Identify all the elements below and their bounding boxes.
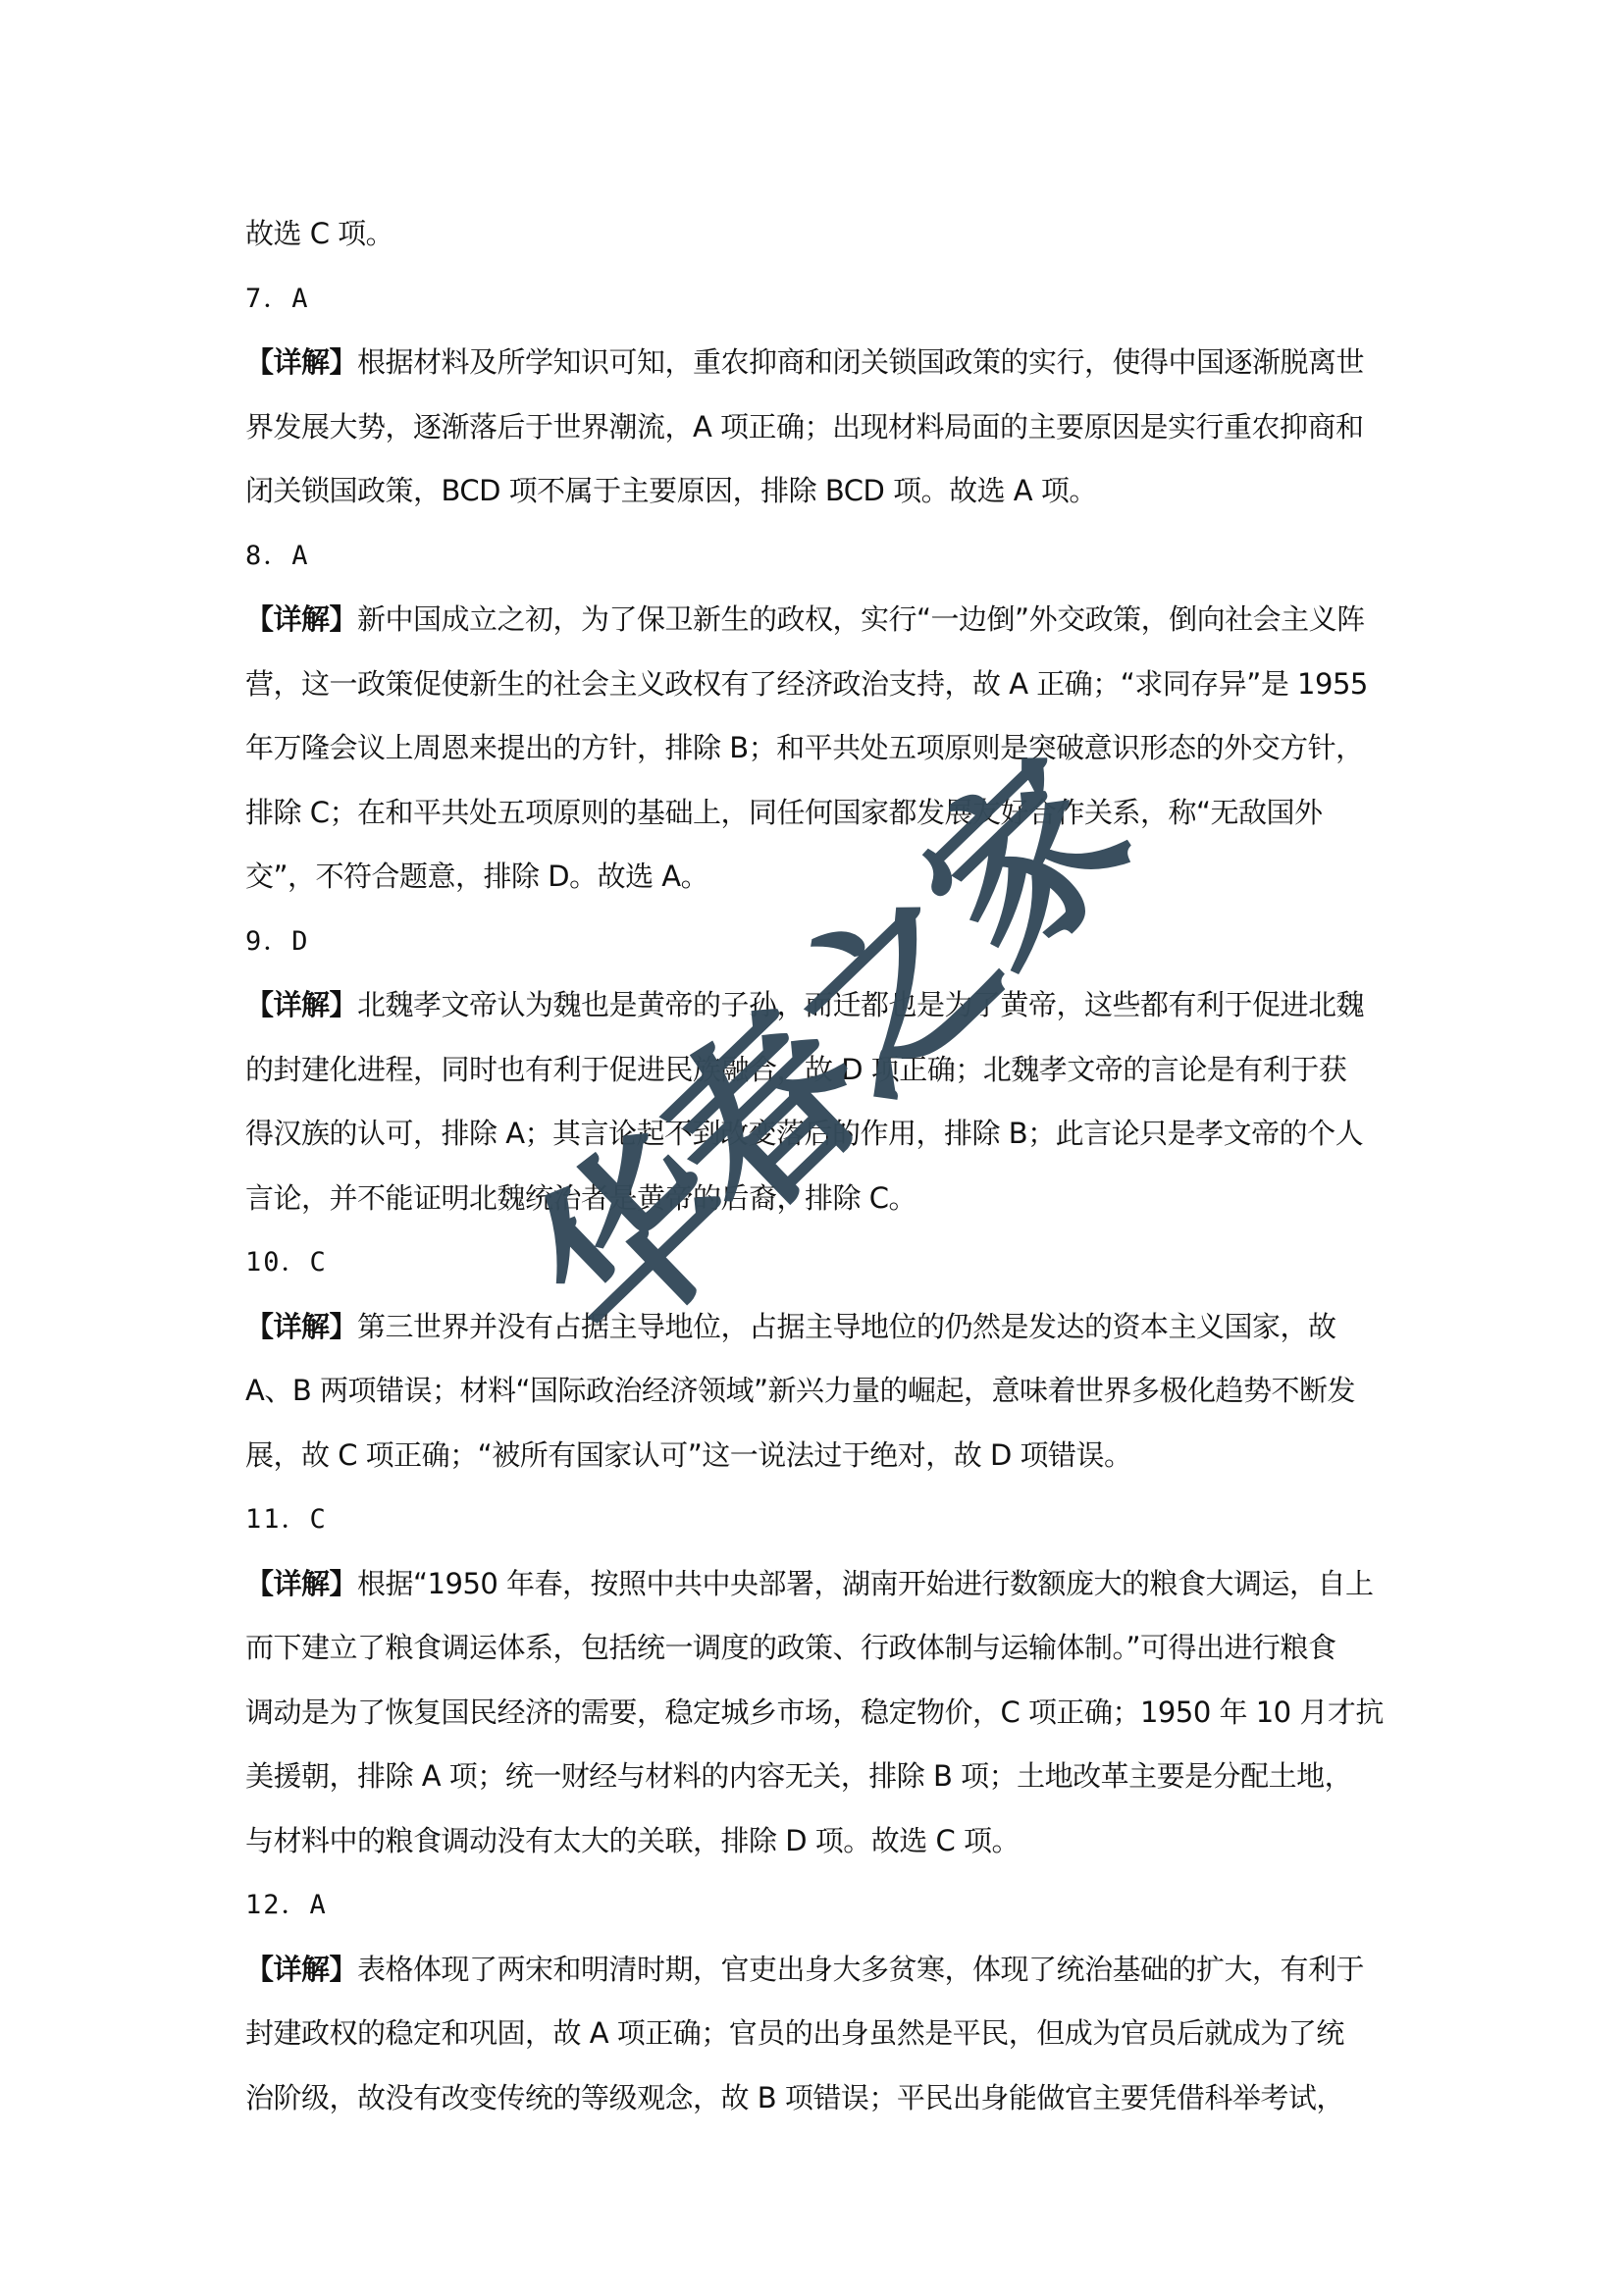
- text-line: 展，故 C 项正确；“被所有国家认可”这一说法过于绝对，故 D 项错误。: [245, 1424, 1413, 1488]
- explanation-7: 【详解】根据材料及所学知识可知，重农抑商和闭关锁国政策的实行，使得中国逐渐脱离世…: [245, 331, 1413, 524]
- text-line: 排除 C；在和平共处五项原则的基础上，同任何国家都发展友好合作关系，称“无敌国外: [245, 781, 1413, 846]
- detail-tag: 【详解】: [245, 1953, 357, 1986]
- text-line: 封建政权的稳定和巩固，故 A 项正确；官员的出身虽然是平民，但成为官员后就成为了…: [245, 2002, 1413, 2066]
- detail-tag: 【详解】: [245, 1567, 357, 1600]
- text-line: 界发展大势，逐渐落后于世界潮流，A 项正确；出现材料局面的主要原因是实行重农抑商…: [245, 395, 1413, 460]
- text-line: 故选 C 项。: [245, 202, 1413, 267]
- text-line: 治阶级，故没有改变传统的等级观念，故 B 项错误；平民出身能做官主要凭借科举考试…: [245, 2066, 1413, 2131]
- detail-tag: 【详解】: [245, 602, 357, 636]
- answer-number-10: 10．C: [245, 1230, 1413, 1295]
- text-line: 第三世界并没有占据主导地位，占据主导地位的仍然是发达的资本主义国家，故: [357, 1310, 1336, 1343]
- text-line: 美援朝，排除 A 项；统一财经与材料的内容无关，排除 B 项；土地改革主要是分配…: [245, 1745, 1413, 1809]
- text-line: 根据材料及所学知识可知，重农抑商和闭关锁国政策的实行，使得中国逐渐脱离世: [357, 345, 1364, 379]
- answer-number-8: 8．A: [245, 524, 1413, 589]
- detail-tag: 【详解】: [245, 1310, 357, 1343]
- text-line: 新中国成立之初，为了保卫新生的政权，实行“一边倒”外交政策，倒向社会主义阵: [357, 602, 1365, 636]
- text-line: 交”，不符合题意，排除 D。故选 A。: [245, 845, 1413, 910]
- answer-number-12: 12．A: [245, 1873, 1413, 1938]
- text-line: 言论，并不能证明北魏统治者是黄帝的后裔，排除 C。: [245, 1167, 1413, 1231]
- explanation-10: 【详解】第三世界并没有占据主导地位，占据主导地位的仍然是发达的资本主义国家，故 …: [245, 1295, 1413, 1488]
- answer-number-7: 7．A: [245, 267, 1413, 332]
- text-line: 的封建化进程，同时也有利于促进民族融合，故 D 项正确；北魏孝文帝的言论是有利于…: [245, 1038, 1413, 1103]
- detail-tag: 【详解】: [245, 345, 357, 379]
- text-line: A、B 两项错误；材料“国际政治经济领域”新兴力量的崛起，意味着世界多极化趋势不…: [245, 1359, 1413, 1424]
- text-line: 而下建立了粮食调运体系，包括统一调度的政策、行政体制与运输体制。”可得出进行粮食: [245, 1616, 1413, 1681]
- answer-number-11: 11．C: [245, 1487, 1413, 1552]
- text-line: 表格体现了两宋和明清时期，官吏出身大多贫寒，体现了统治基础的扩大，有利于: [357, 1953, 1364, 1986]
- explanation-9: 【详解】北魏孝文帝认为魏也是黄帝的子孙，而迁都也是为了黄帝，这些都有利于促进北魏…: [245, 973, 1413, 1230]
- text-line: 年万隆会议上周恩来提出的方针，排除 B；和平共处五项原则是突破意识形态的外交方针…: [245, 716, 1413, 781]
- text-line: 根据“1950 年春，按照中共中央部署，湖南开始进行数额庞大的粮食大调运，自上: [357, 1567, 1374, 1600]
- detail-tag: 【详解】: [245, 988, 357, 1021]
- text-line: 与材料中的粮食调动没有太大的关联，排除 D 项。故选 C 项。: [245, 1809, 1413, 1874]
- explanation-12: 【详解】表格体现了两宋和明清时期，官吏出身大多贫寒，体现了统治基础的扩大，有利于…: [245, 1938, 1413, 2131]
- text-line: 营，这一政策促使新生的社会主义政权有了经济政治支持，故 A 正确；“求同存异”是…: [245, 652, 1413, 717]
- explanation-8: 【详解】新中国成立之初，为了保卫新生的政权，实行“一边倒”外交政策，倒向社会主义…: [245, 588, 1413, 910]
- text-line: 北魏孝文帝认为魏也是黄帝的子孙，而迁都也是为了黄帝，这些都有利于促进北魏: [357, 988, 1364, 1021]
- answer-number-9: 9．D: [245, 910, 1413, 974]
- text-line: 闭关锁国政策，BCD 项不属于主要原因，排除 BCD 项。故选 A 项。: [245, 459, 1413, 524]
- document-body: 故选 C 项。 7．A 【详解】根据材料及所学知识可知，重农抑商和闭关锁国政策的…: [245, 202, 1413, 2130]
- explanation-11: 【详解】根据“1950 年春，按照中共中央部署，湖南开始进行数额庞大的粮食大调运…: [245, 1552, 1413, 1874]
- text-line: 得汉族的认可，排除 A；其言论起不到改变落后的作用，排除 B；此言论只是孝文帝的…: [245, 1102, 1413, 1167]
- text-line: 调动是为了恢复国民经济的需要，稳定城乡市场，稳定物价，C 项正确；1950 年 …: [245, 1681, 1413, 1746]
